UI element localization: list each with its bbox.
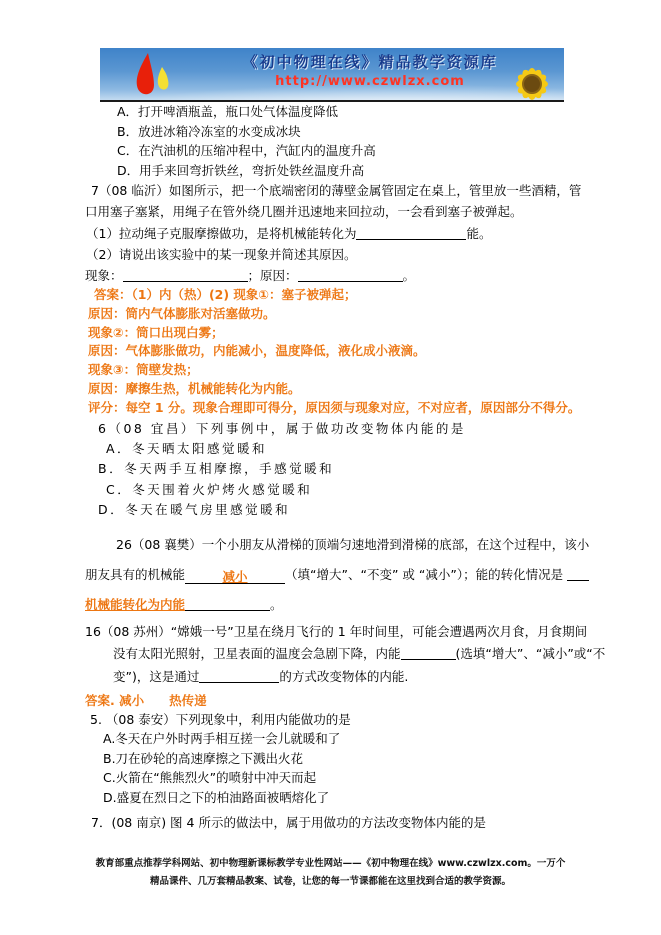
q7-part1: （1）拉动绳子克服摩擦做功，是将机械能转化为能。 [86,223,586,244]
phenomenon-label: 现象： [85,268,123,283]
q6-stem: 6（08 宜昌）下列事例中，属于做功改变物体内能的是 [98,419,578,439]
answer-blank [356,226,466,240]
answer-text: 减小 [223,569,248,584]
document-page: 《初中物理在线》精品教学资源库 http://www.czwlzx.com A．… [0,0,661,935]
site-logo-icon [126,51,184,99]
q16-line3-pre: 变”)，这是通过 [113,669,199,684]
period: 。 [270,597,283,612]
q16-answer: 答案. 减小 热传递 [85,690,590,712]
option-c: C.火箭在“熊熊烈火”的喷射中冲天而起 [90,768,580,787]
period: 。 [403,268,416,283]
banner-text: 《初中物理在线》精品教学资源库 http://www.czwlzx.com [220,51,520,89]
sunflower-icon [504,56,560,102]
question-5-taian: 5. （08 泰安）下列现象中，利用内能做功的是 A.冬天在户外时两手相互搓一会… [90,710,580,807]
q16-line1: 16（08 苏州）“嫦娥一号”卫星在绕月飞行的 1 年时间里，可能会遭遇两次月食… [85,621,590,643]
site-title: 《初中物理在线》精品教学资源库 [220,51,520,72]
q7-stem-line2: 口用塞子塞紧，用绳子在管外绕几圈并迅速地来回拉动，一会看到塞子被弹起。 [85,201,586,222]
page-footer: 教育部重点推荐学科网站、初中物理新课标教学专业性网站——《初中物理在线》www.… [60,855,601,890]
q7-part2: （2）请说出该实验中的某一现象并简述其原因。 [86,244,586,265]
question-7-nanjing: 7．(08 南京) 图 4 所示的做法中，属于用做功的方法改变物体内能的是 [91,813,591,831]
q16-line3: 变”)，这是通过的方式改变物体的内能. [85,666,590,688]
q16-line3-post: 的方式改变物体的内能. [279,669,408,684]
answer-blank [567,567,589,581]
q7-part1-post: 能。 [466,226,491,241]
option-d: D．用手来回弯折铁丝，弯折处铁丝温度升高 [117,161,587,181]
footer-line2: 精品课件、几万套精品教案、试卷，让您的每一节课都能在这里找到合适的教学资源。 [60,873,601,891]
question-26-xiangfan: 26（08 襄樊）一个小朋友从滑梯的顶端匀速地滑到滑梯的底部，在这个过程中，该小… [85,530,595,620]
option-a: A．冬天晒太阳感觉暖和 [98,439,578,459]
q7-stem-line1: 7（08 临沂）如图所示，把一个底端密闭的薄壁金属管固定在桌上，管里放一些酒精，… [86,180,586,201]
answer-line: 原因：气体膨胀做功，内能减小，温度降低，液化成小液滴。 [88,342,588,361]
answer-line: 现象③：筒壁发热； [88,361,588,380]
answer-blank [401,646,456,660]
site-url-link[interactable]: http://www.czwlzx.com [220,74,520,89]
answer-blank [199,669,279,683]
answer-blank [123,268,248,282]
option-b: B．冬天两手互相摩擦，手感觉暖和 [98,459,578,479]
q26-line2: 朋友具有的机械能减小（填“增大”、“不变” 或 “减小”）；能的转化情况是 [85,560,595,590]
option-d: D.盛夏在烈日之下的柏油路面被晒熔化了 [90,788,580,807]
option-b: B.刀在砂轮的高速摩擦之下溅出火花 [90,749,580,768]
option-c: C．在汽油机的压缩冲程中，汽缸内的温度升高 [117,141,587,161]
option-c: C．冬天围着火炉烤火感觉暖和 [98,480,578,500]
q16-line2-pre: 没有太阳光照射，卫星表面的温度会急剧下降，内能 [113,646,401,661]
q26-line2-pre: 朋友具有的机械能 [85,567,185,582]
answer-line: 答案：（1）内（热）(2) 现象①：塞子被弹起； [88,286,588,305]
answer-blank [185,597,270,611]
q7nj-stem: 7．(08 南京) 图 4 所示的做法中，属于用做功的方法改变物体内能的是 [91,813,591,831]
option-a: A．打开啤酒瓶盖，瓶口处气体温度降低 [117,102,587,122]
question-7-linyi: 7（08 临沂）如图所示，把一个底端密闭的薄壁金属管固定在桌上，管里放一些酒精，… [86,180,586,286]
footer-line1: 教育部重点推荐学科网站、初中物理新课标教学专业性网站——《初中物理在线》www.… [60,855,601,873]
answer-line: 原因：摩擦生热，机械能转化为内能。 [88,380,588,399]
question-options-top: A．打开啤酒瓶盖，瓶口处气体温度降低 B．放进冰箱冷冻室的水变成冰块 C．在汽油… [117,102,587,181]
q7-part1-pre: （1）拉动绳子克服摩擦做功，是将机械能转化为 [86,226,356,241]
q7-answer-block: 答案：（1）内（热）(2) 现象①：塞子被弹起； 原因：筒内气体膨胀对活塞做功。… [88,286,588,418]
site-banner: 《初中物理在线》精品教学资源库 http://www.czwlzx.com [100,48,564,102]
option-b: B．放进冰箱冷冻室的水变成冰块 [117,122,587,142]
q26-line3: 机械能转化为内能。 [85,590,595,620]
answer-line: 现象②：筒口出现白雾； [88,324,588,343]
question-6-yichang: 6（08 宜昌）下列事例中，属于做功改变物体内能的是 A．冬天晒太阳感觉暖和 B… [98,419,578,520]
q26-line1: 26（08 襄樊）一个小朋友从滑梯的顶端匀速地滑到滑梯的底部，在这个过程中，该小 [85,530,595,560]
answer-text: 机械能转化为内能 [85,597,185,612]
answer-line: 原因：筒内气体膨胀对活塞做功。 [88,305,588,324]
option-a: A.冬天在户外时两手相互搓一会儿就暖和了 [90,729,580,748]
answer-blank: 减小 [185,570,285,584]
reason-label: ；原因： [248,268,298,283]
question-16-suzhou: 16（08 苏州）“嫦娥一号”卫星在绕月飞行的 1 年时间里，可能会遭遇两次月食… [85,621,590,712]
q7-blanks-line: 现象：；原因：。 [85,265,586,286]
q26-line2-post: （填“增大”、“不变” 或 “减小”）；能的转化情况是 [285,567,563,582]
answer-blank [298,268,403,282]
grading-note: 评分：每空 1 分。现象合理即可得分，原因须与现象对应，不对应者，原因部分不得分… [88,399,588,418]
q16-line2-post: (选填“增大”、“减小”或“不 [456,646,606,661]
q5-stem: 5. （08 泰安）下列现象中，利用内能做功的是 [90,710,580,729]
q16-line2: 没有太阳光照射，卫星表面的温度会急剧下降，内能(选填“增大”、“减小”或“不 [85,643,590,665]
option-d: D．冬天在暖气房里感觉暖和 [98,500,578,520]
